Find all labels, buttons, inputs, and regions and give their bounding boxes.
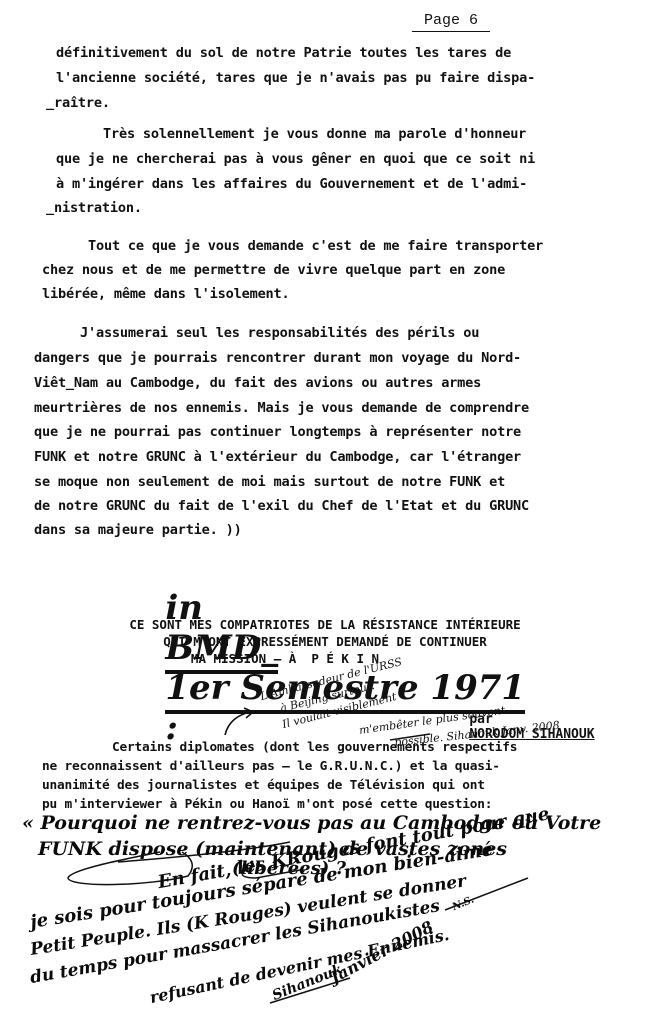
underline-zones [118,842,290,862]
pen-strokes [0,0,650,1013]
underline-signature [270,978,350,1003]
underline-stroke [390,734,430,740]
document-page: Page 6 définitivement du sol de notre Pa… [0,0,650,1013]
underline-initials [445,878,528,910]
bracket-liberees [242,866,300,878]
